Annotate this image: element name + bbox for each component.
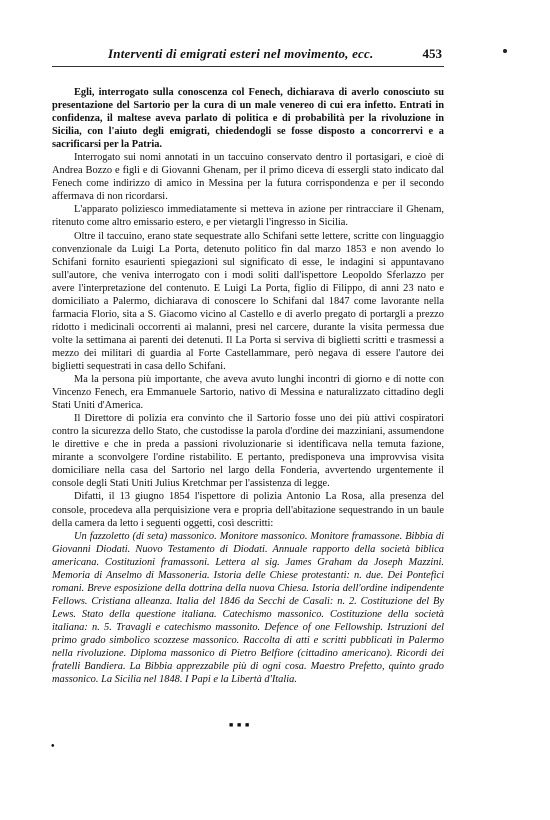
paragraph-1: Egli, interrogato sulla conoscenza col F… <box>52 86 444 151</box>
paragraph-3: L'apparato poliziesco immediatamente si … <box>52 203 444 229</box>
paragraph-8-seized-items-list: Un fazzoletto (di seta) massonico. Monit… <box>52 530 444 687</box>
paragraph-4: Oltre il taccuino, erano state sequestra… <box>52 230 444 374</box>
header-rule <box>52 66 444 67</box>
body-text: Egli, interrogato sulla conoscenza col F… <box>52 86 444 686</box>
running-title: Interventi di emigrati esteri nel movime… <box>108 46 373 62</box>
paragraph-5: Ma la persona più importante, che aveva … <box>52 373 444 412</box>
ornament-divider: ■ ■ ■ <box>229 721 250 729</box>
paragraph-2: Interrogato sui nomi annotati in un tacc… <box>52 151 444 203</box>
paragraph-7: Difatti, il 13 giugno 1854 l'ispettore d… <box>52 490 444 529</box>
scan-speck <box>503 49 507 53</box>
paragraph-6: Il Direttore di polizia era convinto che… <box>52 412 444 490</box>
running-head: Interventi di emigrati esteri nel movime… <box>52 46 444 62</box>
book-page: Interventi di emigrati esteri nel movime… <box>0 0 550 820</box>
signature-mark: • <box>51 741 55 752</box>
page-number: 453 <box>423 46 443 62</box>
